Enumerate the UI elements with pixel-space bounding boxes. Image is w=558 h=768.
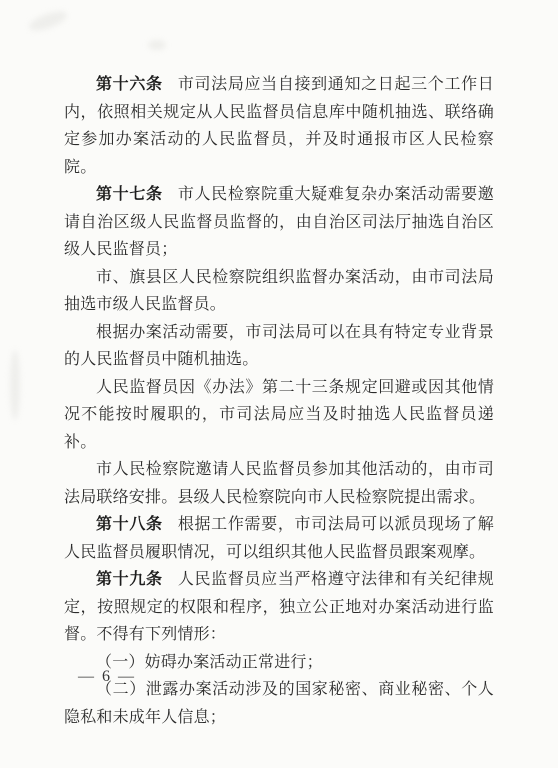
paragraph-article-19: 第十九条人民监督员应当严格遵守法律和有关纪律规定，按照规定的权限和程序，独立公正…: [64, 566, 494, 649]
document-body: 第十六条市司法局应当自接到通知之日起三个工作日内，依照相关规定从人民监督员信息库…: [64, 71, 494, 731]
scan-smudge: [27, 8, 69, 35]
paragraph: 市人民检察院邀请人民监督员参加其他活动的，由市司法局联络安排。县级人民检察院向市…: [64, 456, 494, 511]
paragraph-text: 人民监督员因《办法》第二十三条规定回避或因其他情况不能按时履职的，市司法局应当及…: [64, 379, 494, 451]
paragraph-article-17: 第十七条市人民检察院重大疑难复杂办案活动需要邀请自治区级人民监督员监督的，由自治…: [64, 181, 494, 264]
article-18-label: 第十八条: [96, 516, 163, 533]
paragraph-text: 市、旗县区人民检察院组织监督办案活动，由市司法局抽选市级人民监督员。: [64, 269, 494, 314]
article-17-label: 第十七条: [96, 186, 163, 203]
paragraph: 人民监督员因《办法》第二十三条规定回避或因其他情况不能按时履职的，市司法局应当及…: [64, 374, 494, 457]
paragraph: 市、旗县区人民检察院组织监督办案活动，由市司法局抽选市级人民监督员。: [64, 264, 494, 319]
paragraph-text: 根据办案活动需要，市司法局可以在具有特定专业背景的人民监督员中随机抽选。: [64, 324, 494, 369]
document-page: 第十六条市司法局应当自接到通知之日起三个工作日内，依照相关规定从人民监督员信息库…: [0, 0, 558, 768]
scan-smudge: [10, 350, 20, 420]
paragraph: 根据办案活动需要，市司法局可以在具有特定专业背景的人民监督员中随机抽选。: [64, 319, 494, 374]
paragraph-text: 市人民检察院邀请人民监督员参加其他活动的，由市司法局联络安排。县级人民检察院向市…: [64, 461, 494, 506]
paragraph-article-16: 第十六条市司法局应当自接到通知之日起三个工作日内，依照相关规定从人民监督员信息库…: [64, 71, 494, 181]
paragraph-article-18: 第十八条根据工作需要，市司法局可以派员现场了解人民监督员履职情况，可以组织其他人…: [64, 511, 494, 566]
scan-smudge: [148, 40, 166, 50]
list-item-2-text: （二）泄露办案活动涉及的国家秘密、商业秘密、个人隐私和未成年人信息；: [64, 681, 494, 726]
page-number: — 6 —: [78, 668, 136, 686]
article-16-label: 第十六条: [96, 76, 163, 93]
article-19-label: 第十九条: [96, 571, 163, 588]
